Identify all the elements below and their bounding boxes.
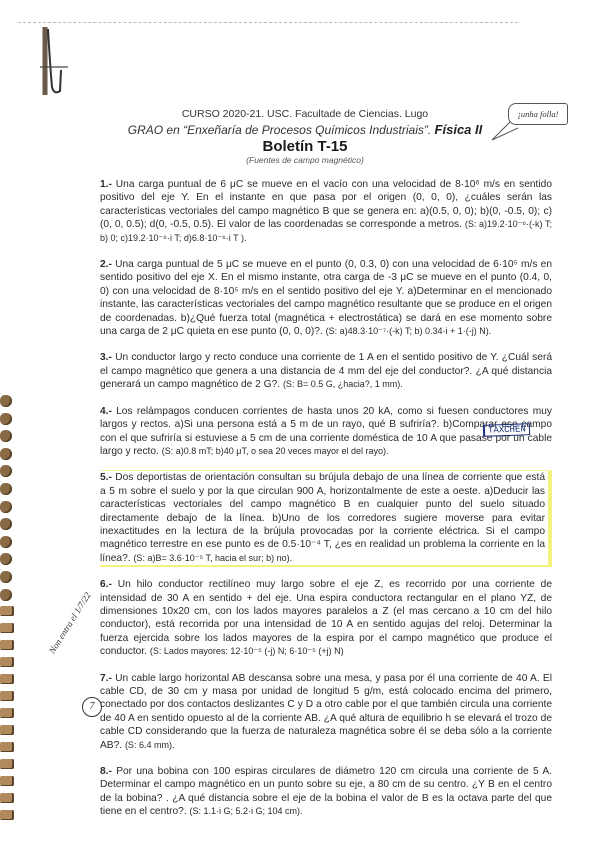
problem-number: 3.- bbox=[100, 352, 112, 363]
binding-ring bbox=[0, 759, 14, 769]
document-title: Boletín T-15 bbox=[105, 138, 505, 155]
binding-ring bbox=[0, 448, 12, 460]
speech-bubble-tail-icon bbox=[490, 120, 520, 142]
problem-solution: (S: Lados mayores: 12·10⁻⁵ (-j) N; 6·10⁻… bbox=[150, 646, 344, 656]
problem-solution: (S: B= 0.5 G, ¿hacia?, 1 mm). bbox=[283, 379, 403, 389]
problem-number: 1.- bbox=[100, 179, 112, 190]
problem-solution: (S: 1.1·i G; 5.2·i G; 104 cm). bbox=[190, 806, 303, 816]
binding-ring bbox=[0, 793, 14, 803]
handwritten-pen-mark-icon bbox=[40, 25, 70, 100]
handwritten-circled-number: 7 bbox=[82, 697, 102, 717]
binding-ring bbox=[0, 465, 12, 477]
binding-ring bbox=[0, 518, 12, 530]
problem-item: 7.- Un cable largo horizontal AB descans… bbox=[100, 672, 552, 752]
binding-ring bbox=[0, 413, 12, 425]
problem-number: 4.- bbox=[100, 406, 112, 417]
problem-number: 7.- bbox=[100, 673, 112, 684]
problem-text: Por una bobina con 100 espiras circulare… bbox=[100, 766, 552, 817]
binding-ring bbox=[0, 395, 12, 407]
problem-list: 1.- Una carga puntual de 6 μC se mueve e… bbox=[100, 178, 552, 832]
problem-item-highlighted: 5.- Dos deportistas de orientación consu… bbox=[100, 471, 552, 565]
binding-ring bbox=[0, 606, 14, 616]
problem-number: 2.- bbox=[100, 259, 112, 270]
problem-item: 2.- Una carga puntual de 5 μC se mueve e… bbox=[100, 258, 552, 338]
course-line: CURSO 2020-21. USC. Facultade de Ciencia… bbox=[105, 108, 505, 120]
problem-item: 6.- Un hilo conductor rectilíneo muy lar… bbox=[100, 578, 552, 658]
binding-ring bbox=[0, 725, 14, 735]
binding-ring bbox=[0, 674, 14, 684]
problem-number: 8.- bbox=[100, 766, 112, 777]
binding-ring bbox=[0, 776, 14, 786]
problem-solution: (S: 6.4 mm). bbox=[125, 740, 175, 750]
binding-ring bbox=[0, 623, 14, 633]
handwritten-boxed-note: TAXCHEN bbox=[483, 423, 530, 437]
problem-text: Dos deportistas de orientación consultan… bbox=[100, 472, 545, 563]
problem-number: 5.- bbox=[100, 472, 112, 483]
document-subtitle: (Fuentes de campo magnético) bbox=[105, 155, 505, 165]
binding-ring bbox=[0, 657, 14, 667]
binding-ring bbox=[0, 536, 12, 548]
binding-ring bbox=[0, 571, 12, 583]
binding-ring bbox=[0, 501, 12, 513]
binding-ring bbox=[0, 810, 14, 820]
document-page: CURSO 2020-21. USC. Facultade de Ciencia… bbox=[0, 0, 589, 848]
binding-ring bbox=[0, 553, 12, 565]
binding-ring bbox=[0, 691, 14, 701]
binding-ring bbox=[0, 742, 14, 752]
spiral-binding bbox=[0, 395, 14, 827]
problem-item: 3.- Un conductor largo y recto conduce u… bbox=[100, 351, 552, 391]
problem-solution: (S: a)B= 3.6·10⁻⁵ T, hacia el sur; b) no… bbox=[133, 553, 292, 563]
binding-ring bbox=[0, 430, 12, 442]
problem-solution: (S: a)48.3·10⁻⁷·(-k) T; b) 0.34·i + 1·(-… bbox=[326, 326, 492, 336]
handwritten-margin-note: Non entra el 1/7/22 bbox=[47, 590, 94, 655]
binding-ring bbox=[0, 483, 12, 495]
problem-number: 6.- bbox=[100, 579, 112, 590]
problem-solution: (S: a)0.8 mT; b)40 μT, o sea 20 veces ma… bbox=[162, 446, 389, 456]
binding-ring bbox=[0, 589, 12, 601]
binding-ring bbox=[0, 640, 14, 650]
subject-name: Física II bbox=[435, 122, 483, 137]
page-edge-line bbox=[18, 22, 518, 23]
degree-line: GRAO en “Enxeñaría de Procesos Químicos … bbox=[105, 122, 505, 137]
problem-item: 8.- Por una bobina con 100 espiras circu… bbox=[100, 765, 552, 819]
binding-ring bbox=[0, 708, 14, 718]
document-header: CURSO 2020-21. USC. Facultade de Ciencia… bbox=[105, 108, 505, 165]
degree-name: GRAO en “Enxeñaría de Procesos Químicos … bbox=[128, 123, 431, 137]
problem-item: 1.- Una carga puntual de 6 μC se mueve e… bbox=[100, 178, 552, 245]
